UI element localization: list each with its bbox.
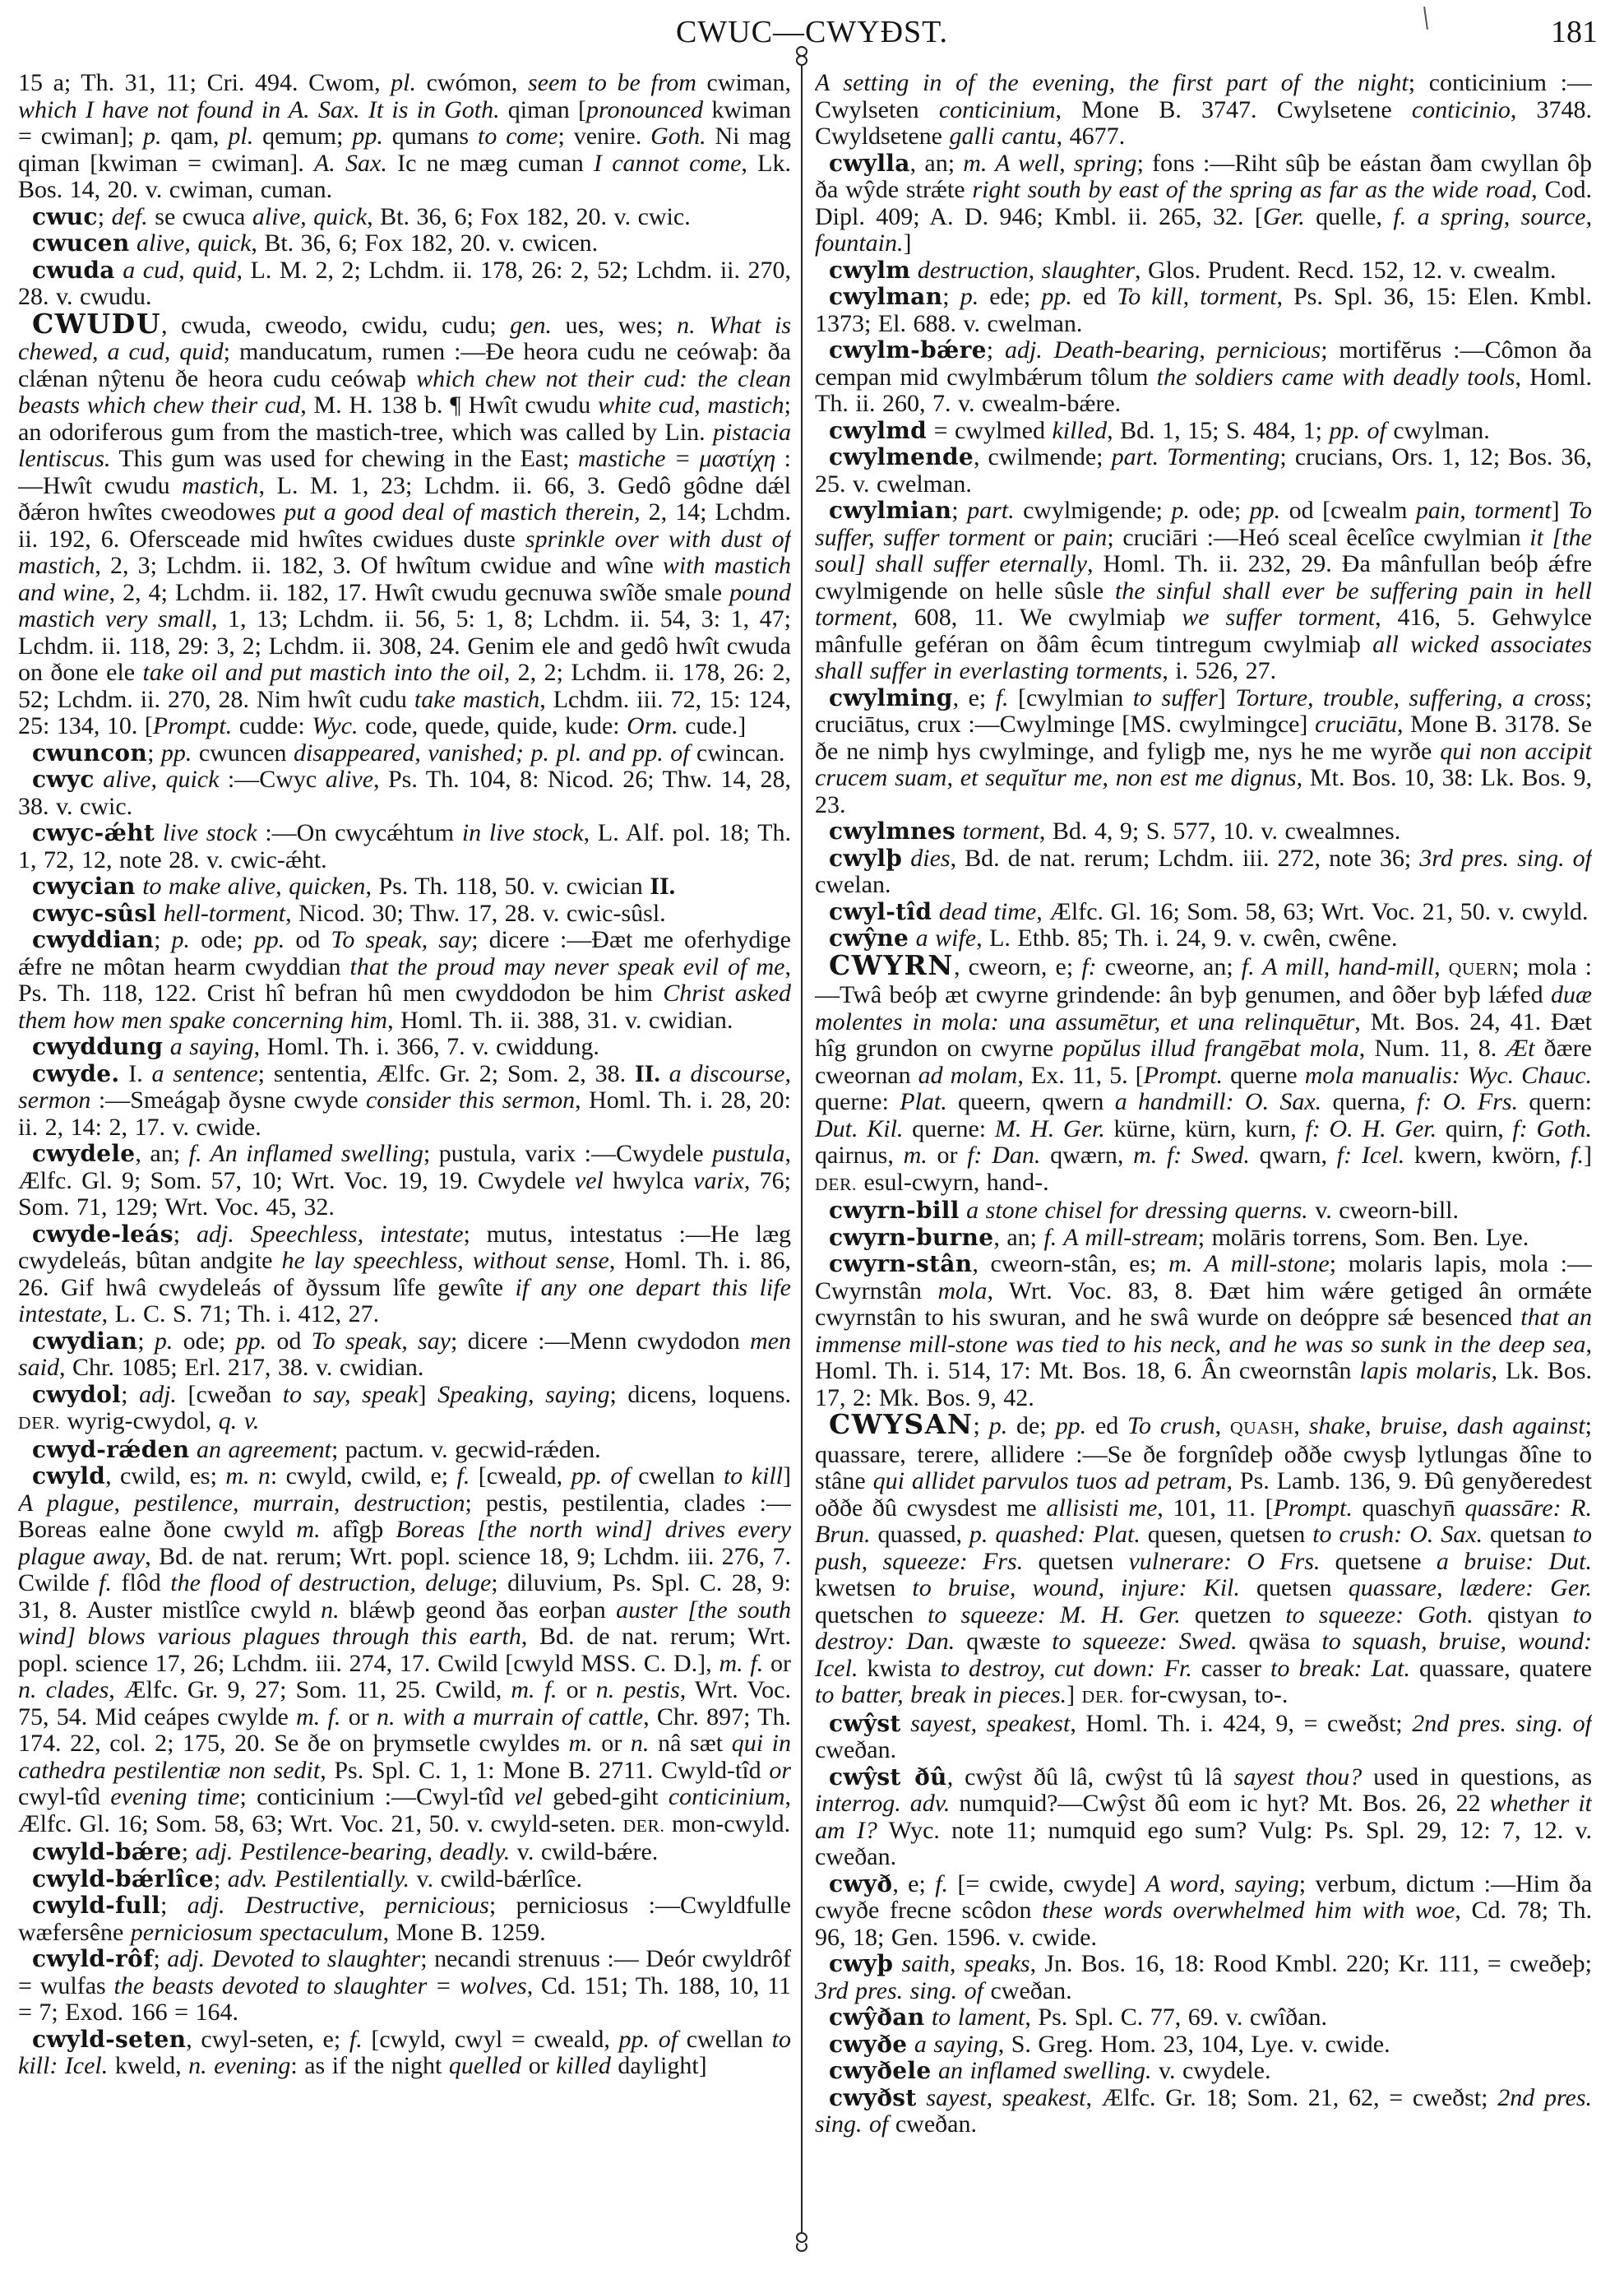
headword: cwŷne [829, 924, 909, 952]
italic-run: f. [349, 2026, 363, 2053]
italic-run: pain [1063, 524, 1107, 551]
text-run [136, 873, 143, 900]
italic-run: perniciosum spectaculum [131, 1919, 383, 1946]
headword: cwyðe [829, 2031, 907, 2058]
italic-run: f. [996, 684, 1009, 711]
dictionary-entry: CWYSAN; p. de; pp. ed To crush, QUASH, s… [815, 1411, 1592, 1711]
text-run: qairnus, [815, 1142, 904, 1169]
dictionary-entry: cwyld, cwild, es; m. n: cwyld, cwild, e;… [18, 1463, 791, 1839]
text-run: afîgþ [321, 1516, 396, 1543]
italic-run: Torture, trouble, suffering, a cross [1235, 684, 1585, 711]
text-run: , Homl. Th. i. 366, 7. v. cwiddung. [254, 1033, 599, 1060]
italic-run: adv. Pestilentially. [228, 1865, 409, 1892]
italic-run: cruciātu [1315, 711, 1397, 738]
text-run: , Ælfc. Gl. 16; Som. 58, 63; Wrt. Voc. 2… [1036, 898, 1588, 925]
dictionary-entry: cwydele, an; f. An inflamed swelling; pu… [18, 1141, 791, 1221]
italic-run: alive, quick [136, 229, 251, 257]
italic-run: adj. Pestilence-bearing, deadly. [196, 1838, 511, 1865]
text-run: , Homl. Th. i. 424, 9, = cweðst; [1070, 1710, 1412, 1737]
entry-continuation: A setting in of the evening, the first p… [815, 70, 1592, 151]
text-run: or [593, 1730, 631, 1757]
text-run: quetsen [1023, 1548, 1128, 1575]
text-run: , 608, 11. We cwylmiaþ [891, 604, 1182, 631]
italic-run: live stock [163, 819, 257, 846]
text-run: cude.] [678, 712, 747, 739]
headword: cwyld-seten [32, 2026, 186, 2053]
text-run: ] [783, 1462, 791, 1489]
italic-run: lapis molaris [1360, 1357, 1492, 1384]
italic-run: n. [321, 1596, 340, 1624]
text-run: = cwylmed [927, 417, 1052, 444]
italic-run: a stone chisel for dressing querns. [966, 1197, 1308, 1224]
italic-run: adj. Devoted to slaughter [167, 1945, 420, 1972]
text-run: cwuncen [192, 739, 294, 767]
italic-run: adj. [139, 1381, 177, 1408]
dictionary-entry: cwyðst sayest, speakest, Ælfc. Gr. 18; S… [815, 2085, 1592, 2138]
italic-run: mastich [182, 472, 258, 499]
italic-run: adj. Speechless, intestate [197, 1221, 464, 1248]
dictionary-entry: cwylþ dies, Bd. de nat. rerum; Lchdm. ii… [815, 845, 1592, 899]
text-run [960, 1197, 967, 1224]
text-run: , L. Ethb. 85; Th. i. 24, 9. v. cwên, cw… [976, 924, 1397, 952]
text-run: ede; [979, 283, 1041, 310]
text-run [163, 1033, 170, 1060]
text-run: Wyc. note 11; numquid ego sum? Vulg: Ps.… [815, 1817, 1592, 1871]
italic-run: 2nd pres. sing. of [1412, 1710, 1592, 1737]
text-run: , Bd. 4, 9; S. 577, 10. v. cwealmnes. [1039, 818, 1400, 845]
italic-run: Wyc. [312, 712, 358, 739]
italic-run: n. pestis [596, 1676, 680, 1703]
italic-run: Prompt. [1144, 1062, 1223, 1089]
text-run: , Ælfc. Gr. 9, 27; Som. 11, 25. Cwild, [109, 1676, 511, 1703]
text-run: , 101, 11. [ [1157, 1494, 1273, 1522]
italic-run: to squeeze: Goth. [1285, 1601, 1473, 1628]
text-run: v. cwild-bǽre. [510, 1838, 658, 1865]
headword: cwŷst [829, 1710, 901, 1737]
text-run: , Mone B. 1259. [383, 1919, 546, 1946]
italic-run: p. [960, 283, 979, 310]
italic-run: f: [1081, 953, 1096, 980]
text-run: ues, wes; [552, 312, 677, 339]
dictionary-entry: cwyde. I. a sentence; sententia, Ælfc. G… [18, 1061, 791, 1142]
italic-run: f. [99, 1569, 112, 1596]
italic-run: Plat. [900, 1088, 947, 1115]
text-run: ] [904, 229, 912, 257]
text-run: ; [121, 1381, 139, 1408]
text-run: cwiman, [696, 70, 791, 96]
headword: cwyc-sûsl [32, 900, 156, 927]
dictionary-entry: cwylmende, cwilmende; part. Tormenting; … [815, 444, 1592, 498]
text-run: kwista [858, 1655, 940, 1682]
dictionary-entry: cwylmian; part. cwylmigende; p. ode; pp.… [815, 498, 1592, 685]
text-run: , L. C. S. 71; Th. i. 412, 27. [102, 1300, 379, 1327]
text-run: , cwilmende; [974, 443, 1112, 470]
italic-run: f. [935, 1870, 948, 1897]
italic-run: Prompt. [153, 712, 232, 739]
italic-run: a wife [916, 924, 977, 952]
text-run [907, 2031, 914, 2058]
italic-run: n. clades [18, 1676, 109, 1703]
italic-run: f: Icel. [1337, 1142, 1405, 1169]
text-run: ; molāris torrens, Som. Ben. Lye. [1198, 1224, 1529, 1251]
italic-run: m. f. [296, 1703, 340, 1730]
italic-run: To kill, torment [1117, 283, 1276, 310]
text-run: , Bd. 1, 15; S. 484, 1; [1107, 417, 1329, 444]
text-run: , Mone B. 3747. Cwylsetene [1055, 96, 1411, 123]
small-caps-run: DER. [622, 1816, 664, 1836]
text-run: ; [973, 1412, 988, 1439]
italic-run: Orm. [627, 712, 678, 739]
text-run: nâ sæt [649, 1730, 731, 1757]
text-run: , S. Greg. Hom. 23, 104, Lye. v. cwide. [998, 2031, 1390, 2058]
italic-run: A. Sax. [314, 150, 387, 177]
italic-run: f: O. Frs. [1417, 1088, 1518, 1115]
dictionary-entry: cwyddian; p. ode; pp. od To speak, say; … [18, 927, 791, 1034]
italic-run: pp. of [619, 2026, 678, 2053]
text-run: ode; [190, 926, 254, 953]
italic-run: take oil and put mastich into the oil [143, 659, 504, 686]
italic-run: part. Tormenting [1112, 443, 1280, 470]
headword: cwylþ [829, 845, 902, 872]
italic-run: an agreement [197, 1436, 331, 1463]
text-run: cwellan [678, 2026, 772, 2053]
italic-run: dies [910, 845, 950, 872]
headword: cwyl-tîd [829, 898, 932, 925]
italic-run: mola [937, 1277, 987, 1304]
italic-run: I cannot come [594, 150, 741, 177]
italic-run: Ger. [1263, 203, 1305, 230]
italic-run: 3rd pres. sing. of [1419, 845, 1592, 872]
text-run: quassare, quatere [1410, 1655, 1592, 1682]
italic-run: to come [478, 123, 558, 150]
text-run: , Bd. de nat. rerum; Lchdm. iii. 272, no… [951, 845, 1420, 872]
text-run [955, 818, 963, 845]
italic-run: a saying [170, 1033, 254, 1060]
text-run: de; [1007, 1412, 1055, 1439]
italic-run: these words overwhelmed him with woe [1042, 1897, 1455, 1924]
italic-run: m. A mill-stone [1168, 1250, 1330, 1277]
headword: cwylman [829, 283, 942, 310]
column-rule-ornament-bottom [796, 2241, 807, 2252]
text-run: mon-cwyld. [664, 1810, 790, 1837]
small-caps-run: QUASH [1230, 1418, 1293, 1438]
italic-run: part. [967, 497, 1015, 524]
text-run: qwærn, [1040, 1142, 1133, 1169]
text-run: quirn, [1437, 1115, 1512, 1142]
italic-run: shake, bruise, dash against [1309, 1412, 1585, 1439]
text-run: ; dicens, loquens. [609, 1381, 791, 1408]
headword: CWYRN [829, 949, 954, 981]
text-run: for-cwysan, to-. [1124, 1681, 1289, 1708]
text-run: , Glos. Prudent. Recd. 152, 12. v. cweal… [1135, 257, 1556, 284]
italic-run: n. [631, 1730, 650, 1757]
headword: cwŷst ðû [829, 1763, 947, 1791]
italic-run: 3rd pres. sing. of [815, 1977, 983, 2004]
italic-run: pp. of [571, 1462, 630, 1489]
italic-run: p. [143, 123, 162, 150]
italic-run: to lament [932, 2004, 1025, 2031]
text-run: kwetsen [815, 1574, 912, 1601]
text-run [901, 1710, 911, 1737]
italic-run: dead time [939, 898, 1036, 925]
text-run [156, 900, 164, 927]
text-run [931, 2057, 938, 2084]
text-run: Ic ne mæg cuman [387, 150, 594, 177]
italic-run: he lay speechless, without sense [282, 1247, 609, 1274]
text-run: , Ps. Spl. C. 77, 69. v. cwîðan. [1025, 2004, 1327, 2031]
text-run [902, 845, 910, 872]
text-run: v. cwydele. [1151, 2057, 1270, 2084]
headword: cwucen [32, 229, 130, 257]
headword: cwyde-leás [32, 1221, 174, 1248]
italic-run: f. A mill, hand-mill [1242, 953, 1434, 980]
italic-run: conticinio [1412, 96, 1511, 123]
running-head: CWUC—CWYÐST. [0, 13, 1624, 51]
text-run: quetschen [815, 1601, 928, 1628]
italic-run: vulnerare: O Frs. [1128, 1548, 1320, 1575]
dictionary-entry: cwylm-bǽre; adj. Death-bearing, pernicio… [815, 337, 1592, 418]
text-run: ; [182, 1838, 196, 1865]
italic-run: which I have not found in A. Sax. It is … [18, 96, 500, 123]
italic-run: seem to be from [528, 70, 696, 96]
text-run: quelle, [1305, 203, 1394, 230]
dictionary-entry: cwylming, e; f. [cwylmian to suffer] Tor… [815, 685, 1592, 819]
text-run [155, 819, 163, 846]
text-run: v. cweorn-bill. [1308, 1197, 1459, 1224]
italic-run: p. [155, 1327, 174, 1355]
headword: cwylm-bǽre [829, 336, 987, 364]
dictionary-entry: cwyrn-burne, an; f. A mill-stream; molār… [815, 1225, 1592, 1252]
text-run: daylight] [611, 2052, 707, 2079]
text-run: ] [418, 1381, 437, 1408]
dictionary-entry: cwyð, e; f. [= cwide, cwyde] A word, say… [815, 1871, 1592, 1952]
italic-run: put a good deal of mastich therein [284, 498, 634, 526]
dictionary-entry: cwyd-rǽden an agreement; pactum. v. gecw… [18, 1437, 791, 1464]
text-run: , cweorn, e; [954, 953, 1081, 980]
italic-run: adj. Death-bearing, pernicious [1005, 336, 1321, 364]
page-number: 181 [1551, 13, 1598, 51]
italic-run: sayest, speakest [926, 2084, 1085, 2111]
italic-run: m. f: Swed. [1133, 1142, 1250, 1169]
italic-run: a sentence [152, 1060, 258, 1087]
italic-run: to destroy, cut down: Fr. [941, 1655, 1192, 1682]
text-run: :—On cwycǽhtum [257, 819, 462, 846]
italic-run: adj. Destructive, pernicious [187, 1892, 489, 1919]
text-run [130, 229, 137, 257]
text-run: esul-cwyrn, hand-. [857, 1169, 1049, 1196]
text-run: , [1293, 1412, 1308, 1439]
italic-run: p. [989, 1412, 1008, 1439]
text-run [115, 257, 123, 284]
text-run: , cwŷst ðû lâ, cwŷst tû lâ [947, 1763, 1234, 1791]
text-run: ; dicere :—Menn cwydodon [451, 1327, 750, 1355]
small-caps-run: DER. [815, 1174, 857, 1194]
text-run: , 2, 4; Lchdm. ii. 182, 17. Hwît cwudu g… [109, 579, 729, 606]
italic-run: pp. [236, 1327, 267, 1355]
text-run: qam, [161, 123, 228, 150]
text-run: 15 a; Th. 31, 11; Cri. 494. Cwom, [18, 70, 391, 96]
italic-run: killed [1052, 417, 1107, 444]
italic-run: hell-torment [164, 900, 285, 927]
text-run: qiman [ [500, 96, 586, 123]
dictionary-entry: cwylla, an; m. A well, spring; fons :—Ri… [815, 151, 1592, 257]
italic-run: sayest, speakest [910, 1710, 1070, 1737]
text-run: v. cwild-bǽrlîce. [409, 1865, 582, 1892]
text-run: or [340, 1703, 377, 1730]
headword: cwyðele [829, 2057, 931, 2084]
text-run: I. [119, 1060, 151, 1087]
dictionary-entry: cwycian to make alive, quicken, Ps. Th. … [18, 873, 791, 901]
small-caps-run: DER. [18, 1413, 60, 1433]
italic-run: a handmill: O. Sax. [1115, 1088, 1321, 1115]
italic-run: to say, speak [283, 1381, 419, 1408]
dictionary-entry: cwyld-seten, cwyl-seten, e; f. [cwyld, c… [18, 2027, 791, 2080]
italic-run: Prompt. [1273, 1494, 1352, 1522]
text-run: ; [98, 203, 112, 230]
text-run: , an; [910, 150, 964, 177]
italic-run: A plague, pestilence, murrain, destructi… [18, 1489, 465, 1517]
text-run: quaschyn̄ [1353, 1494, 1465, 1522]
text-run: quetsen [1240, 1574, 1349, 1601]
text-run: , Jn. Bos. 16, 18: Rood Kmbl. 220; Kr. 1… [1030, 1950, 1592, 1977]
headword: cwylla [829, 150, 910, 177]
headword: cwyðst [829, 2084, 917, 2111]
dictionary-page: CWUC—CWYÐST. 181 15 a; Th. 31, 11; Cri. … [0, 0, 1624, 2270]
italic-run: p. [1172, 497, 1191, 524]
text-run [932, 898, 939, 925]
italic-run: destruction, slaughter [918, 257, 1135, 284]
italic-run: consider this sermon [366, 1086, 575, 1114]
text-run: , cwyl-seten, e; [186, 2026, 349, 2053]
italic-run: pp. [1250, 497, 1281, 524]
text-run: querne: [903, 1115, 994, 1142]
text-run: od [285, 926, 331, 953]
text-run: , Num. 11, 8. [1359, 1035, 1506, 1062]
text-run: used in questions, as [1362, 1763, 1592, 1791]
text-run: , i. 526, 27. [1162, 657, 1276, 684]
text-run: :—Cwyc [219, 766, 325, 793]
headword: cwyde. [32, 1060, 119, 1087]
italic-run: take mastich [414, 686, 539, 713]
italic-run: m. f. [719, 1650, 763, 1677]
italic-run: conticinium [939, 96, 1056, 123]
text-run [893, 1950, 901, 1977]
italic-run: the beasts devoted to slaughter = wolves [113, 1972, 526, 1999]
italic-run: interrog. adv. [815, 1790, 950, 1817]
italic-run: m. [568, 1730, 592, 1757]
text-run [95, 766, 103, 793]
dictionary-entry: cwuc; def. se cwuca alive, quick, Bt. 36… [18, 204, 791, 231]
headword: cwyld-rôf [32, 1945, 153, 1972]
italic-run: p. quashed: Plat. [969, 1521, 1141, 1548]
italic-run: a cud, quid [123, 257, 236, 284]
italic-run: to make alive, quicken [142, 873, 365, 900]
text-run: ; [147, 739, 161, 767]
italic-run: pl. [228, 123, 253, 150]
dictionary-entry: cwyld-bǽrlîce; adv. Pestilentially. v. c… [18, 1866, 791, 1893]
italic-run: a saying [914, 2031, 998, 2058]
text-run: ode; [173, 1327, 235, 1355]
text-run: ; [942, 283, 960, 310]
italic-run: m. n [225, 1462, 271, 1489]
dictionary-entry: cwyld-rôf; adj. Devoted to slaughter; ne… [18, 1946, 791, 2027]
text-run: , an; [135, 1140, 188, 1167]
text-run: ] [1218, 684, 1235, 711]
italic-run: pain, torment [1416, 497, 1552, 524]
italic-run: alive, quick [103, 766, 219, 793]
text-run: ] [1552, 497, 1568, 524]
text-run: ; [160, 1892, 187, 1919]
headword: cwyd-rǽden [32, 1436, 189, 1463]
headword: cwyld-bǽre [32, 1838, 182, 1865]
text-run: ; pustula, varix :—Cwydele [423, 1140, 712, 1167]
text-run: qwäsa [1238, 1628, 1322, 1655]
italic-run: Æt [1506, 1035, 1534, 1062]
text-run: , e; [953, 684, 996, 711]
headword: cwylmd [829, 417, 927, 444]
italic-run: gen. [510, 312, 552, 339]
dictionary-entry: cwucen alive, quick, Bt. 36, 6; Fox 182,… [18, 230, 791, 257]
italic-run: the soldiers came with deadly tools [1157, 364, 1515, 391]
italic-run: Dut. Kil. [815, 1115, 903, 1142]
italic-run: m. [904, 1142, 928, 1169]
headword: cwyrn-bill [829, 1197, 960, 1224]
headword: cwylmian [829, 497, 951, 524]
italic-run: we suffer torment [1182, 604, 1375, 631]
headword: cwylming [829, 684, 953, 711]
dictionary-entry: cwyld-bǽre; adj. Pestilence-bearing, dea… [18, 1839, 791, 1866]
italic-run: right south by east of the spring as far… [972, 176, 1531, 203]
dictionary-entry: cwylmd = cwylmed killed, Bd. 1, 15; S. 4… [815, 418, 1592, 445]
headword: cwylm [829, 257, 910, 284]
dictionary-entry: cwylman; p. ede; pp. ed To kill, torment… [815, 284, 1592, 337]
text-run: , M. H. 138 b. ¶ Hwît cwudu [300, 391, 598, 419]
text-run: quetsene [1320, 1548, 1437, 1575]
text-run: cwincan. [690, 739, 785, 767]
text-run: , [1434, 953, 1449, 980]
text-run: kwern, kwörn, [1404, 1142, 1571, 1169]
italic-run: to bruise, wound, injure: Kil. [912, 1574, 1239, 1601]
dictionary-entry: cwŷst sayest, speakest, Homl. Th. i. 424… [815, 1711, 1592, 1764]
text-run: flôd [112, 1569, 170, 1596]
italic-run: a bruise: Dut. [1437, 1548, 1592, 1575]
text-run: [= cwide, cwyde] [948, 1870, 1145, 1897]
text-run: ; [153, 1945, 167, 1972]
headword: cwyrn-stân [829, 1250, 972, 1277]
text-run: , Homl. Th. ii. 388, 31. v. cwidian. [387, 1007, 733, 1034]
text-run: , Chr. 1085; Erl. 217, 38. v. cwidian. [59, 1354, 423, 1381]
dictionary-entry: cwyddung a saying, Homl. Th. i. 366, 7. … [18, 1034, 791, 1061]
italic-run: to suffer [1133, 684, 1218, 711]
italic-run: alive, quick [252, 203, 367, 230]
text-run: ed [1072, 283, 1117, 310]
bold-run: II. [635, 1060, 660, 1087]
italic-run: evening time [110, 1783, 239, 1810]
italic-run: quelled [449, 2052, 521, 2079]
headword: CWUDU [32, 308, 161, 340]
text-run: numquid?—Cwŷst ðû eom ic hyt? Mt. Bos. 2… [950, 1790, 1489, 1817]
dictionary-entry: cwyðele an inflamed swelling. v. cwydele… [815, 2058, 1592, 2085]
text-run: ; [987, 336, 1005, 364]
text-run: , 4677. [1057, 123, 1126, 150]
text-run: queern, qwern [947, 1088, 1115, 1115]
dictionary-entry: cwyc-ǽht live stock :—On cwycǽhtum in li… [18, 820, 791, 873]
italic-run: ad molam [918, 1062, 1018, 1089]
text-run [924, 2004, 932, 2031]
headword: cwyc-ǽht [32, 819, 155, 846]
italic-run: saith, speaks [901, 1950, 1029, 1977]
headword: cwyld-bǽrlîce [32, 1865, 214, 1892]
